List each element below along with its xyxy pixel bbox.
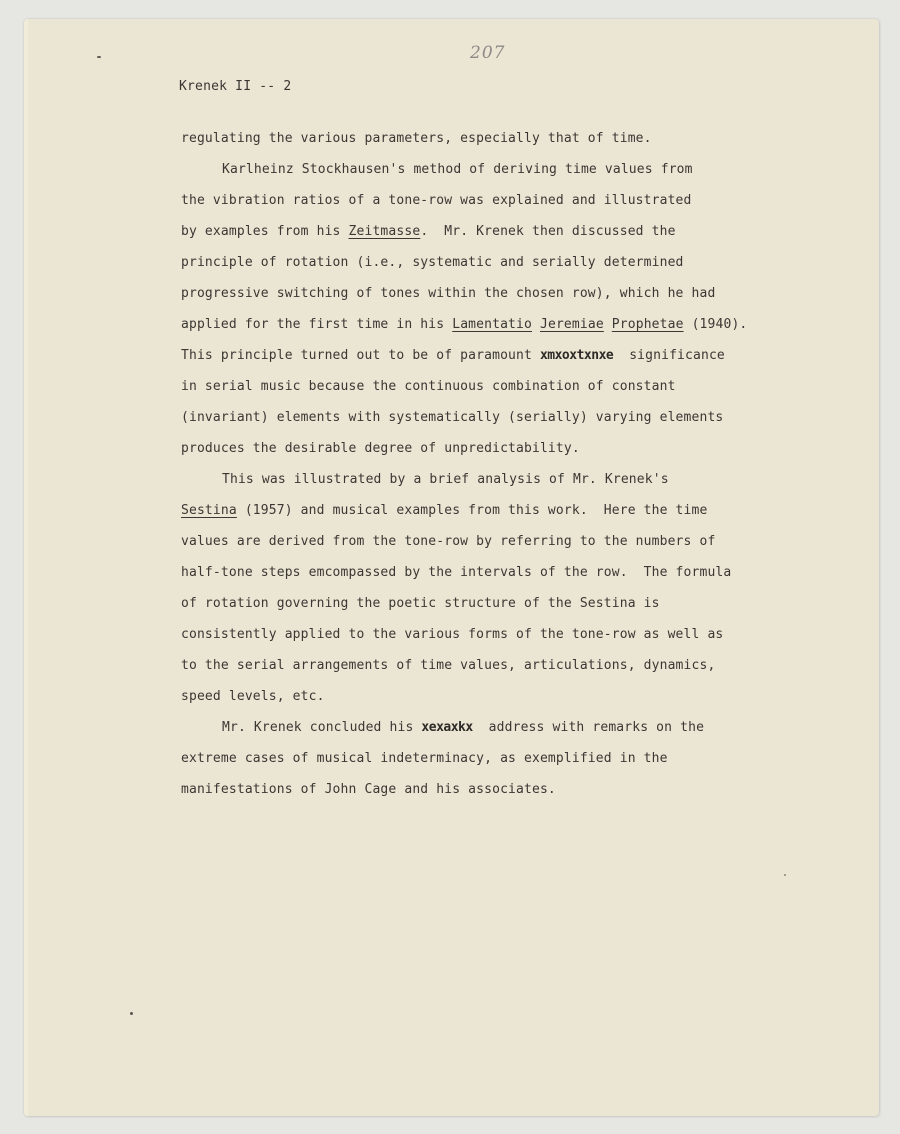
underlined-title-zeitmasse: Zeitmasse — [349, 224, 421, 239]
text-segment: significance — [613, 348, 725, 363]
text-line: extreme cases of musical indeterminacy, … — [181, 743, 821, 774]
text-line: regulating the various parameters, espec… — [181, 123, 821, 154]
text-segment: manifestations of John Cage and his asso… — [181, 782, 556, 797]
paper-speck — [130, 1012, 133, 1015]
text-line: speed levels, etc. — [181, 681, 821, 712]
text-line: progressive switching of tones within th… — [181, 278, 821, 309]
document-page: 207 Krenek II -- 2 regulating the variou… — [24, 19, 879, 1116]
text-line: (invariant) elements with systematically… — [181, 402, 821, 433]
underlined-title-jeremiae: Jeremiae — [540, 317, 604, 332]
text-segment: address with remarks on the — [473, 720, 704, 735]
text-segment: Karlheinz Stockhausen's method of derivi… — [222, 162, 693, 177]
text-line: produces the desirable degree of unpredi… — [181, 433, 821, 464]
body-text: regulating the various parameters, espec… — [181, 123, 821, 805]
text-line: the vibration ratios of a tone-row was e… — [181, 185, 821, 216]
text-segment: applied for the first time in his — [181, 317, 452, 332]
text-segment: (invariant) elements with systematically… — [181, 410, 723, 425]
text-segment: to the serial arrangements of time value… — [181, 658, 715, 673]
text-segment: . Mr. Krenek then discussed the — [420, 224, 675, 239]
folio-number-pencil: 207 — [470, 43, 505, 63]
struck-out-word: xmxoxtxnxe — [540, 348, 613, 363]
text-segment: the vibration ratios of a tone-row was e… — [181, 193, 692, 208]
text-line: half-tone steps emcompassed by the inter… — [181, 557, 821, 588]
text-segment: speed levels, etc. — [181, 689, 325, 704]
text-line: This was illustrated by a brief analysis… — [181, 464, 821, 495]
text-line: of rotation governing the poetic structu… — [181, 588, 821, 619]
text-segment: (1940). — [684, 317, 748, 332]
text-segment: (1957) and musical examples from this wo… — [237, 503, 708, 518]
text-segment: regulating the various parameters, espec… — [181, 131, 652, 146]
text-segment: produces the desirable degree of unpredi… — [181, 441, 580, 456]
text-segment: of rotation governing the poetic structu… — [181, 596, 660, 611]
text-line: Sestina (1957) and musical examples from… — [181, 495, 821, 526]
text-segment: This principle turned out to be of param… — [181, 348, 540, 363]
text-segment: extreme cases of musical indeterminacy, … — [181, 751, 668, 766]
text-line: in serial music because the continuous c… — [181, 371, 821, 402]
paper-speck — [97, 56, 101, 58]
underlined-title-prophetae: Prophetae — [612, 317, 684, 332]
text-segment: progressive switching of tones within th… — [181, 286, 715, 301]
text-segment: This was illustrated by a brief analysis… — [222, 472, 669, 487]
text-line: applied for the first time in his Lament… — [181, 309, 821, 340]
text-line: principle of rotation (i.e., systematic … — [181, 247, 821, 278]
text-segment: Mr. Krenek concluded his — [222, 720, 421, 735]
text-line: consistently applied to the various form… — [181, 619, 821, 650]
text-segment: principle of rotation (i.e., systematic … — [181, 255, 684, 270]
text-line: values are derived from the tone-row by … — [181, 526, 821, 557]
text-segment: in serial music because the continuous c… — [181, 379, 676, 394]
page-edge — [24, 19, 28, 1116]
text-line: by examples from his Zeitmasse. Mr. Kren… — [181, 216, 821, 247]
text-line: Karlheinz Stockhausen's method of derivi… — [181, 154, 821, 185]
text-segment: half-tone steps emcompassed by the inter… — [181, 565, 731, 580]
struck-out-word: xexaxkx — [421, 720, 472, 735]
text-segment: values are derived from the tone-row by … — [181, 534, 715, 549]
underlined-title-lamentatio: Lamentatio — [452, 317, 532, 332]
paper-speck — [784, 874, 786, 876]
text-segment: consistently applied to the various form… — [181, 627, 723, 642]
page-header: Krenek II -- 2 — [179, 79, 291, 94]
text-line: Mr. Krenek concluded his xexaxkx address… — [181, 712, 821, 743]
underlined-title-sestina: Sestina — [181, 503, 237, 518]
text-line: manifestations of John Cage and his asso… — [181, 774, 821, 805]
text-segment: by examples from his — [181, 224, 349, 239]
text-line: to the serial arrangements of time value… — [181, 650, 821, 681]
text-line: This principle turned out to be of param… — [181, 340, 821, 371]
